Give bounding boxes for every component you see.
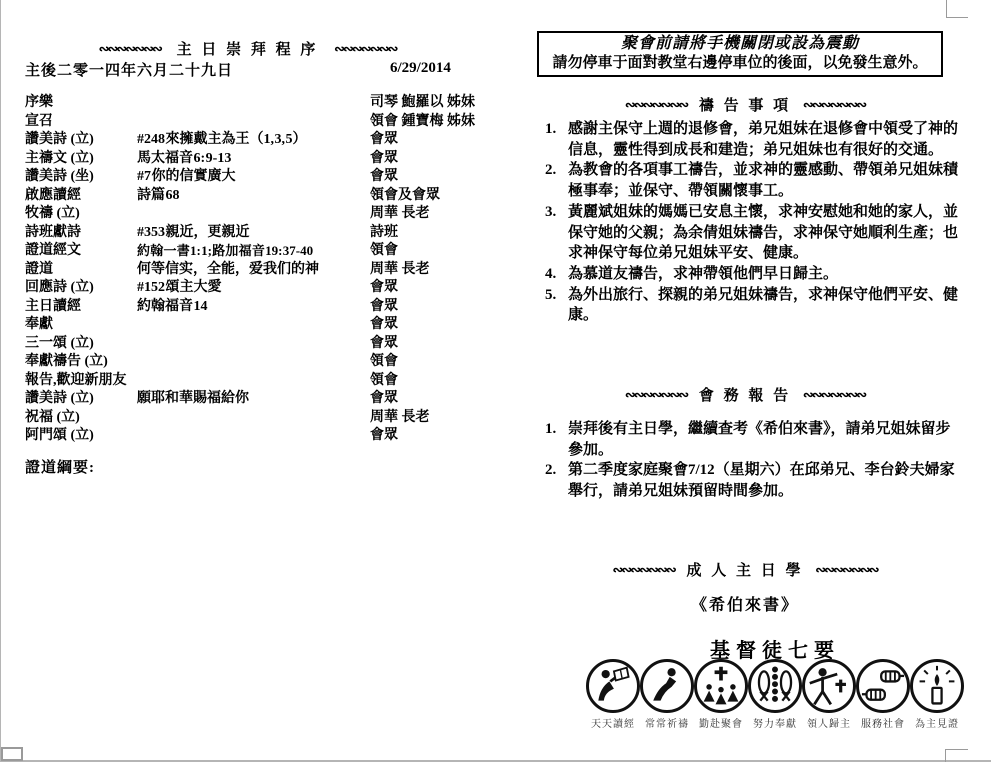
ornament-right: ∾∾∾∾∾∾∾ <box>815 562 877 577</box>
program-row: 讚美詩 (坐)#7 你的信實廣大會眾 <box>25 168 485 187</box>
page-corner-mark-bottom-right-h <box>945 749 968 750</box>
program-item: 詩班獻詩 <box>25 224 137 243</box>
program-detail: #248 來擁戴主為王（1, 3, 5） <box>137 131 370 150</box>
program-person: 會眾 <box>370 390 485 409</box>
program-person: 領會 鍾寶梅 姊妹 <box>370 113 485 132</box>
program-row: 奉獻會眾 <box>25 316 485 335</box>
essential-offering: 努力奉獻 <box>748 659 802 730</box>
program-detail: 馬太福音 6: 9-13 <box>137 150 370 169</box>
item-number: 2. <box>545 460 568 501</box>
item-number: 4. <box>545 264 568 285</box>
essential-label: 勤赴聚會 <box>699 715 743 730</box>
serving-hands-icon <box>856 659 910 713</box>
essential-label: 常常祈禱 <box>645 715 689 730</box>
program-person: 周華 長老 <box>370 261 485 280</box>
program-row: 讚美詩 (立)#248 來擁戴主為王（1, 3, 5）會眾 <box>25 131 485 150</box>
program-row: 報告,歡迎新朋友領會 <box>25 372 485 391</box>
program-item: 主日讀經 <box>25 298 137 317</box>
program-person: 司琴 鮑羅以 姊妹 <box>370 94 485 113</box>
item-text: 崇拜後有主日學，繼續查考《希伯來書》，請弟兄姐妹留步參加。 <box>568 419 965 460</box>
program-item: 回應詩 (立) <box>25 279 137 298</box>
program-detail <box>137 409 370 428</box>
item-text: 為教會的各項事工禱告，並求神的靈感動、帶領弟兄姐妹積極事奉；並保守、帶領關懷事工… <box>568 160 965 201</box>
program-person: 會眾 <box>370 150 485 169</box>
item-number: 3. <box>545 202 568 264</box>
announcement-item: 1.崇拜後有主日學，繼續查考《希伯來書》，請弟兄姐妹留步參加。 <box>545 419 965 460</box>
program-detail <box>137 353 370 372</box>
ornament-right: ∾∾∾∾∾∾∾ <box>803 387 865 402</box>
item-text: 為慕道友禱告，求神帶領他們早日歸主。 <box>568 264 965 285</box>
program-table: 序樂司琴 鮑羅以 姊妹 宣召領會 鍾寶梅 姊妹 讚美詩 (立)#248 來擁戴主… <box>25 94 485 446</box>
prayer-item: 5.為外出旅行、探親的弟兄姐妹禱告，求神保守他們平安、健康。 <box>545 285 965 326</box>
program-person: 詩班 <box>370 224 485 243</box>
item-text: 第二季度家庭聚會7/12（星期六）在邱弟兄、李台鈴夫婦家舉行，請弟兄姐妹預留時間… <box>568 460 965 501</box>
essential-lead-to-lord: 領人歸主 <box>802 659 856 730</box>
program-detail: #353 親近，更親近 <box>137 224 370 243</box>
program-item: 阿門頌 (立) <box>25 427 137 446</box>
program-row: 啟應讀經詩篇 68領會及會眾 <box>25 187 485 206</box>
program-item: 三一頌 (立) <box>25 335 137 354</box>
essential-label: 努力奉獻 <box>753 715 797 730</box>
program-detail <box>137 335 370 354</box>
seven-essentials-icons: 天天讀經 常常祈禱 勤赴聚會 <box>586 659 964 730</box>
page-left-edge <box>0 0 1 762</box>
essential-attend-meetings: 勤赴聚會 <box>694 659 748 730</box>
announcement-list: 1.崇拜後有主日學，繼續查考《希伯來書》，請弟兄姐妹留步參加。 2.第二季度家庭… <box>545 419 965 502</box>
program-person: 會眾 <box>370 316 485 335</box>
congregation-cross-icon <box>694 659 748 713</box>
essential-read-bible: 天天讀經 <box>586 659 640 730</box>
page-corner-mark-top-right-v <box>946 0 947 17</box>
service-date-chinese: 主後二零一四年六月二十九日 <box>25 59 233 80</box>
program-person: 會眾 <box>370 298 485 317</box>
program-row: 主禱文 (立)馬太福音 6: 9-13會眾 <box>25 150 485 169</box>
candle-witness-icon <box>910 659 964 713</box>
program-row: 證道經文約 翰 一 書 1: 1; 路 加 福 音 19: 37-40領會 <box>25 242 485 261</box>
program-item: 奉獻禱告 (立) <box>25 353 137 372</box>
program-detail: 願耶和華賜福給你 <box>137 390 370 409</box>
sunday-school-title: 成 人 主 日 學 <box>678 563 811 579</box>
program-item: 讚美詩 (坐) <box>25 168 137 187</box>
program-row: 宣召領會 鍾寶梅 姊妹 <box>25 113 485 132</box>
program-detail <box>137 113 370 132</box>
prayer-list: 1.感謝主保守上週的退修會，弟兄姐妹在退修會中領受了神的信息，靈性得到成長和建造… <box>545 119 965 326</box>
reading-bible-icon <box>586 659 640 713</box>
program-item: 奉獻 <box>25 316 137 335</box>
program-item: 主禱文 (立) <box>25 150 137 169</box>
program-item: 報告,歡迎新朋友 <box>25 372 137 391</box>
program-row: 詩班獻詩#353 親近，更親近詩班 <box>25 224 485 243</box>
item-text: 黃麗斌姐妹的媽媽已安息主懷，求神安慰她和她的家人，並保守她的父親；為余倩姐妹禱告… <box>568 202 965 264</box>
prayer-item: 1.感謝主保守上週的退修會，弟兄姐妹在退修會中領受了神的信息，靈性得到成長和建造… <box>545 119 965 160</box>
program-detail: 約翰福音 14 <box>137 298 370 317</box>
ornament-left: ∾∾∾∾∾∾∾ <box>612 562 674 577</box>
program-person: 領會 <box>370 353 485 372</box>
item-number: 5. <box>545 285 568 326</box>
essential-label: 天天讀經 <box>591 715 635 730</box>
announcement-item: 2.第二季度家庭聚會7/12（星期六）在邱弟兄、李台鈴夫婦家舉行，請弟兄姐妹預留… <box>545 460 965 501</box>
program-detail: 約 翰 一 書 1: 1; 路 加 福 音 19: 37-40 <box>137 242 370 261</box>
program-person: 會眾 <box>370 335 485 354</box>
sunday-school-header: ∾∾∾∾∾∾∾ 成 人 主 日 學 ∾∾∾∾∾∾∾ <box>520 559 970 580</box>
program-person: 會眾 <box>370 131 485 150</box>
prayer-section-header: ∾∾∾∾∾∾∾ 禱 告 事 項 ∾∾∾∾∾∾∾ <box>520 94 970 115</box>
program-row: 牧禱 (立)周華 長老 <box>25 205 485 224</box>
program-detail: #7 你的信實廣大 <box>137 168 370 187</box>
program-detail: 何等信实，全能，爱我们的神 <box>137 261 370 280</box>
sermon-outline-label: 證道綱要: <box>25 456 95 477</box>
ornament-right: ∾∾∾∾∾∾∾ <box>803 97 865 112</box>
worship-program-title-line: ∾∾∾∾∾∾∾ 主 日 崇 拜 程 序 ∾∾∾∾∾∾∾ <box>25 38 470 59</box>
program-person: 領會 <box>370 242 485 261</box>
program-row: 祝福 (立)周華 長老 <box>25 409 485 428</box>
item-number: 1. <box>545 419 568 460</box>
program-item: 證道經文 <box>25 242 137 261</box>
program-row: 證道何等信实，全能，爱我们的神周華 長老 <box>25 261 485 280</box>
program-detail <box>137 205 370 224</box>
program-detail <box>137 427 370 446</box>
worship-program-title: 主 日 崇 拜 程 序 <box>167 42 329 58</box>
program-row: 奉獻禱告 (立)領會 <box>25 353 485 372</box>
announcement-section-title: 會 務 報 告 <box>691 388 799 404</box>
program-item: 讚美詩 (立) <box>25 390 137 409</box>
prayer-section-title: 禱 告 事 項 <box>691 98 799 114</box>
program-row: 讚美詩 (立)願耶和華賜福給你會眾 <box>25 390 485 409</box>
ornament-left: ∾∾∾∾∾∾∾ <box>99 41 161 56</box>
program-detail: #152 頌主大愛 <box>137 279 370 298</box>
program-person: 會眾 <box>370 168 485 187</box>
fish-and-loaves-icon <box>748 659 802 713</box>
program-detail <box>137 372 370 391</box>
program-detail <box>137 316 370 335</box>
program-person: 會眾 <box>370 279 485 298</box>
ornament-left: ∾∾∾∾∾∾∾ <box>625 97 687 112</box>
program-row: 序樂司琴 鮑羅以 姊妹 <box>25 94 485 113</box>
program-item: 牧禱 (立) <box>25 205 137 224</box>
program-row: 主日讀經約翰福音 14會眾 <box>25 298 485 317</box>
prayer-item: 3.黃麗斌姐妹的媽媽已安息主懷，求神安慰她和她的家人，並保守她的父親；為余倩姐妹… <box>545 202 965 264</box>
program-person: 周華 長老 <box>370 409 485 428</box>
ornament-left: ∾∾∾∾∾∾∾ <box>625 387 687 402</box>
page-corner-mark-bottom-right-v <box>945 749 946 762</box>
program-person: 領會 <box>370 372 485 391</box>
essential-label: 為主見證 <box>915 715 959 730</box>
item-number: 1. <box>545 119 568 160</box>
program-item: 祝福 (立) <box>25 409 137 428</box>
item-number: 2. <box>545 160 568 201</box>
praying-person-icon <box>640 659 694 713</box>
program-item: 證道 <box>25 261 137 280</box>
program-row: 阿門頌 (立)會眾 <box>25 427 485 446</box>
essential-label: 領人歸主 <box>807 715 851 730</box>
program-item: 序樂 <box>25 94 137 113</box>
parking-notice-text: 請勿停車于面對教堂右邊停車位的後面，以免發生意外。 <box>539 54 941 73</box>
program-row: 三一頌 (立)會眾 <box>25 335 485 354</box>
item-text: 為外出旅行、探親的弟兄姐妹禱告，求神保守他們平安、健康。 <box>568 285 965 326</box>
essential-witness: 為主見證 <box>910 659 964 730</box>
prayer-item: 4.為慕道友禱告，求神帶領他們早日歸主。 <box>545 264 965 285</box>
leading-person-icon <box>802 659 856 713</box>
page-corner-box-bottom-left <box>1 747 23 761</box>
prayer-item: 2.為教會的各項事工禱告，並求神的靈感動、帶領弟兄姐妹積極事奉；並保守、帶領關懷… <box>545 160 965 201</box>
essential-serve-society: 服務社會 <box>856 659 910 730</box>
phone-notice-text: 聚會前請將手機關閉或設為震動 <box>539 34 941 54</box>
program-detail: 詩篇 68 <box>137 187 370 206</box>
sunday-school-book: 《希伯來書》 <box>520 592 970 615</box>
program-item: 宣召 <box>25 113 137 132</box>
item-text: 感謝主保守上週的退修會，弟兄姐妹在退修會中領受了神的信息，靈性得到成長和建造；弟… <box>568 119 965 160</box>
program-detail <box>137 94 370 113</box>
program-person: 領會及會眾 <box>370 187 485 206</box>
program-item: 讚美詩 (立) <box>25 131 137 150</box>
notice-box: 聚會前請將手機關閉或設為震動 請勿停車于面對教堂右邊停車位的後面，以免發生意外。 <box>537 31 943 77</box>
program-item: 啟應讀經 <box>25 187 137 206</box>
essential-pray: 常常祈禱 <box>640 659 694 730</box>
program-person: 周華 長老 <box>370 205 485 224</box>
page-corner-mark-top-right-h <box>946 17 968 18</box>
announcement-section-header: ∾∾∾∾∾∾∾ 會 務 報 告 ∾∾∾∾∾∾∾ <box>520 384 970 405</box>
ornament-right: ∾∾∾∾∾∾∾ <box>334 41 396 56</box>
essential-label: 服務社會 <box>861 715 905 730</box>
service-date-numeric: 6/29/2014 <box>390 60 451 77</box>
program-person: 會眾 <box>370 427 485 446</box>
program-row: 回應詩 (立)#152 頌主大愛會眾 <box>25 279 485 298</box>
